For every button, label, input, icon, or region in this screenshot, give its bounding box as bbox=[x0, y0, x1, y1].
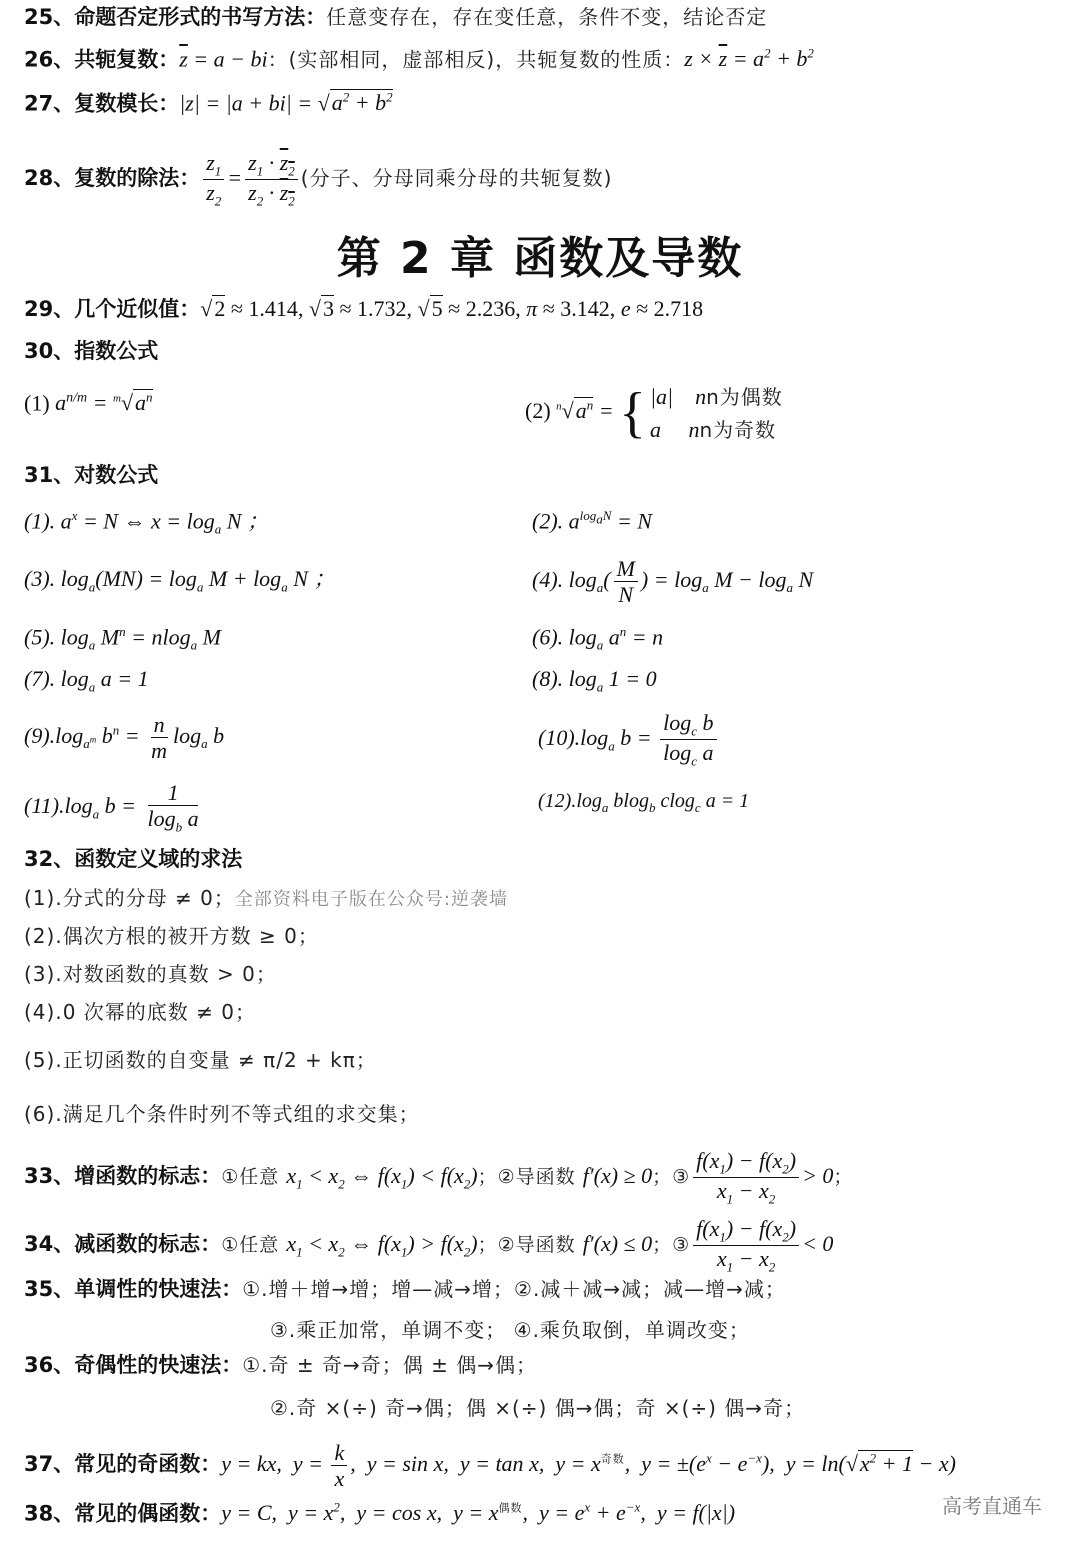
item-26-label: 26、共轭复数： bbox=[24, 47, 179, 71]
item-34-label: 34、减函数的标志： bbox=[24, 1232, 221, 1256]
corner-watermark: 高考直通车 bbox=[942, 1490, 1042, 1519]
item-36: 36、奇偶性的快速法：①.奇 ± 奇→奇；偶 ± 偶→偶； bbox=[24, 1352, 537, 1378]
item-35: 35、单调性的快速法：①.增＋增→增；增—减→增；②.减＋减→减；减—增→减； bbox=[24, 1276, 786, 1302]
item-38-label: 38、常见的偶函数： bbox=[24, 1501, 221, 1525]
item-26: 26、共轭复数：z = a − bi：(实部相同，虚部相反)，共轭复数的性质：z… bbox=[24, 46, 814, 73]
item-30-label: 30、指数公式 bbox=[24, 339, 158, 363]
domain-rule-4: (4).0 次幂的底数 ≠ 0； bbox=[24, 1000, 256, 1024]
item-27: 27、复数模长：|z| = |a + bi| = √a2 + b2 bbox=[24, 90, 393, 117]
item-31-label: 31、对数公式 bbox=[24, 463, 158, 487]
log-formula-10: (10).loga b = logc blogc a bbox=[538, 710, 720, 770]
log-formula-1: (1). ax = N ⇔ x = loga N ； bbox=[24, 508, 269, 537]
log-formula-3: (3). loga(MN) = loga M + loga N ； bbox=[24, 566, 335, 595]
item-32-label: 32、函数定义域的求法 bbox=[24, 847, 242, 871]
item-25: 25、命题否定形式的书写方法：任意变存在，存在变任意，条件不变，结论否定 bbox=[24, 4, 767, 30]
domain-rule-3: (3).对数函数的真数 > 0； bbox=[24, 962, 277, 986]
item-28-note: (分子、分母同乘分母的共轭复数) bbox=[301, 166, 613, 190]
item-35-line2: ③.乘正加常，单调不变； ④.乘负取倒，单调改变； bbox=[270, 1314, 750, 1343]
log-formula-9: (9).logam bn = nmloga b bbox=[24, 712, 224, 764]
log-formula-2: (2). alogaN = N bbox=[532, 508, 652, 534]
exp-formula-1: (1) an/m = m√an bbox=[24, 390, 153, 417]
item-33-label: 33、增函数的标志： bbox=[24, 1164, 221, 1188]
item-26-formula: z = a − bi bbox=[179, 46, 267, 71]
item-29: 29、几个近似值：√2 ≈ 1.414, √3 ≈ 1.732, √5 ≈ 2.… bbox=[24, 296, 703, 322]
item-38: 38、常见的偶函数：y = C, y = x2, y = cos x, y = … bbox=[24, 1500, 735, 1527]
log-formula-5: (5). loga Mn = nloga M bbox=[24, 624, 221, 653]
item-29-label: 29、几个近似值： bbox=[24, 297, 200, 321]
item-36-line2: ②.奇 ×(÷) 奇→偶；偶 ×(÷) 偶→偶；奇 ×(÷) 偶→奇； bbox=[270, 1392, 805, 1421]
item-37-label: 37、常见的奇函数： bbox=[24, 1452, 221, 1476]
watermark-text: 全部资料电子版在公众号:逆袭墙 bbox=[235, 889, 508, 910]
item-35-label: 35、单调性的快速法： bbox=[24, 1277, 242, 1301]
item-30-heading: 30、指数公式 bbox=[24, 338, 158, 364]
item-37: 37、常见的奇函数：y = kx, y = kx, y = sin x, y =… bbox=[24, 1440, 956, 1492]
item-37-formulas: y = kx, y = kx, y = sin x, y = tan x, y … bbox=[221, 1451, 956, 1476]
item-28-formula: z1z2=z1 · z2z2 · z2 bbox=[200, 165, 301, 190]
domain-rule-6: (6).满足几个条件时列不等式组的求交集； bbox=[24, 1102, 420, 1126]
item-26-note: ：(实部相同，虚部相反)，共轭复数的性质： bbox=[268, 47, 685, 71]
item-27-label: 27、复数模长： bbox=[24, 91, 179, 115]
item-29-values: √2 ≈ 1.414, √3 ≈ 1.732, √5 ≈ 2.236, π ≈ … bbox=[200, 295, 703, 321]
domain-rule-5: (5).正切函数的自变量 ≠ π/2 + kπ； bbox=[24, 1048, 377, 1072]
item-28-label: 28、复数的除法： bbox=[24, 166, 200, 190]
log-formula-7: (7). loga a = 1 bbox=[24, 666, 149, 695]
log-formula-11: (11).loga b = 1 logb a bbox=[24, 780, 205, 836]
item-38-formulas: y = C, y = x2, y = cos x, y = x偶数, y = e… bbox=[221, 1500, 735, 1525]
log-formula-4: (4). loga(MN) = loga M − loga N bbox=[532, 556, 813, 608]
item-25-label: 25、命题否定形式的书写方法： bbox=[24, 5, 326, 29]
item-28: 28、复数的除法：z1z2=z1 · z2z2 · z2(分子、分母同乘分母的共… bbox=[24, 150, 612, 210]
item-27-formula: |z| = |a + bi| = √a2 + b2 bbox=[179, 89, 392, 115]
item-34: 34、减函数的标志：①任意 x1 < x2 ⇔ f(x1) > f(x2)；②导… bbox=[24, 1216, 833, 1276]
item-25-text: 任意变存在，存在变任意，条件不变，结论否定 bbox=[326, 5, 767, 29]
log-formula-8: (8). loga 1 = 0 bbox=[532, 666, 657, 695]
item-32-heading: 32、函数定义域的求法 bbox=[24, 846, 242, 872]
exp-formula-2: (2) n√an = {|a| nn为偶数a nn为奇数 bbox=[525, 380, 783, 446]
domain-rule-2: (2).偶次方根的被开方数 ≥ 0； bbox=[24, 924, 319, 948]
log-formula-6: (6). loga an = n bbox=[532, 624, 663, 654]
item-31-heading: 31、对数公式 bbox=[24, 462, 158, 488]
chapter-title: 第 2 章 函数及导数 bbox=[0, 222, 1080, 286]
log-formula-12: (12).loga blogb clogc a = 1 bbox=[538, 790, 749, 816]
domain-rule-1: (1).分式的分母 ≠ 0；全部资料电子版在公众号:逆袭墙 bbox=[24, 886, 508, 911]
item-36-line1: ①.奇 ± 奇→奇；偶 ± 偶→偶； bbox=[242, 1353, 537, 1377]
item-33: 33、增函数的标志：①任意 x1 < x2 ⇔ f(x1) < f(x2)；②导… bbox=[24, 1148, 853, 1208]
item-26-property: z × z = a2 + b2 bbox=[684, 46, 814, 71]
item-35-line1: ①.增＋增→增；增—减→增；②.减＋减→减；减—增→减； bbox=[242, 1277, 786, 1301]
item-36-label: 36、奇偶性的快速法： bbox=[24, 1353, 242, 1377]
